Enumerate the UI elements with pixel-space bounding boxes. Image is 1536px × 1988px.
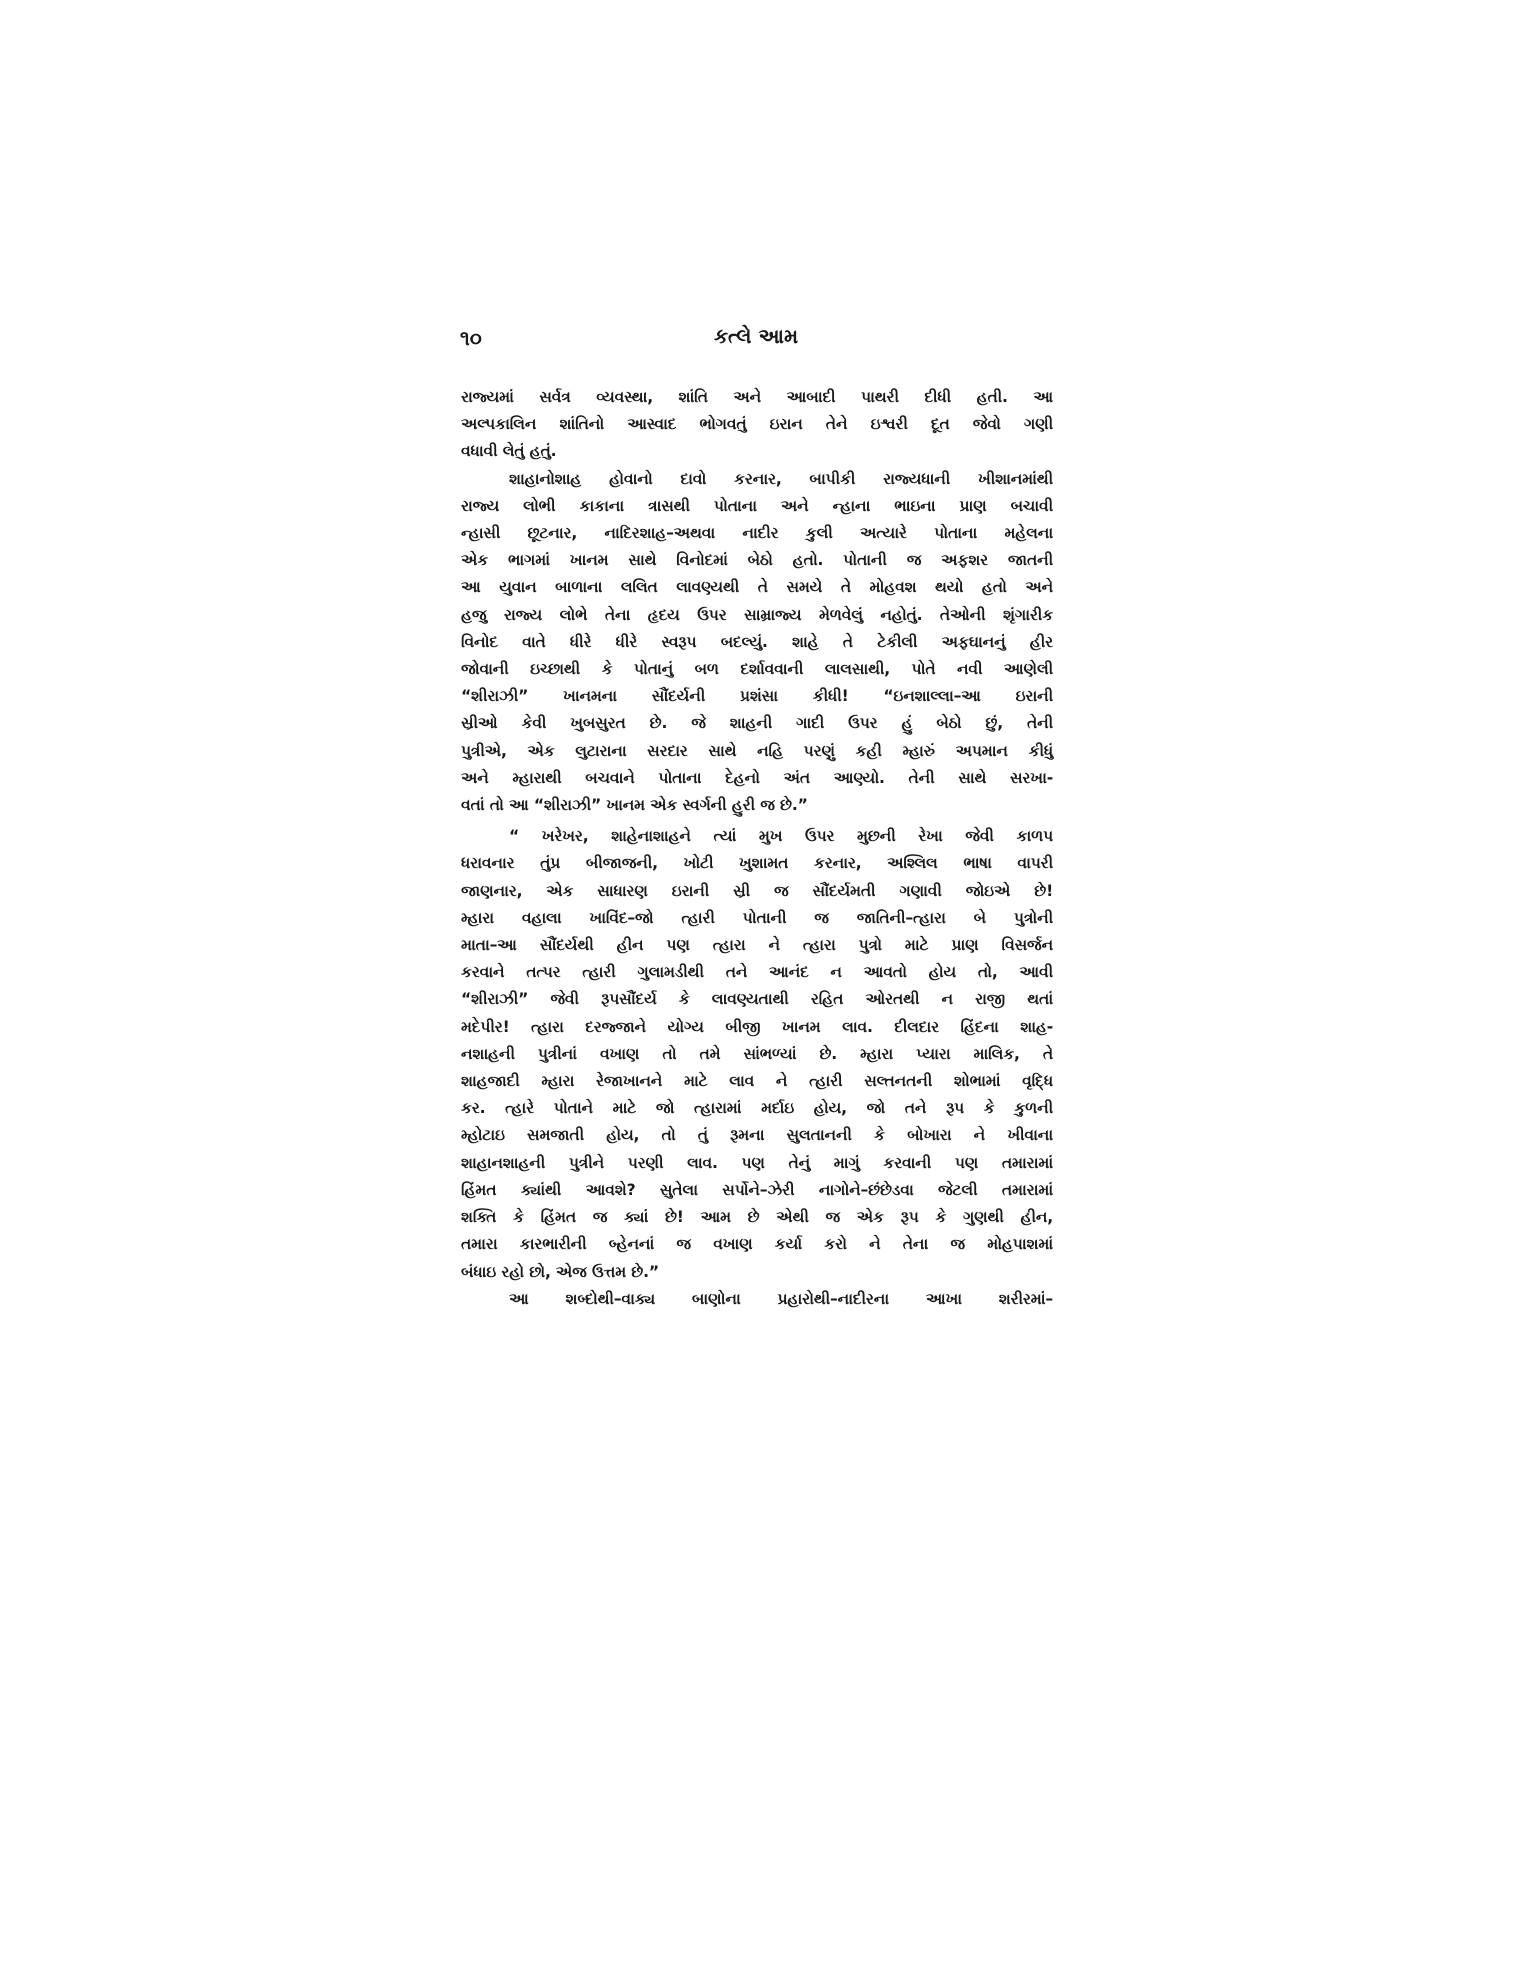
text-line: રાજ્યમાં સર્વત્ર વ્યવસ્થા, શાંતિ અને આબા… [461, 384, 1053, 411]
text-line: પુત્રીએ, એક લુટારાના સરદાર સાથે નહિ પરણુ… [461, 738, 1053, 765]
text-line: હજુ રાજ્ય લોભે તેના હૃદય ઉપર સામ્રાજ્ય મ… [461, 602, 1053, 629]
text-line: નશાહની પુત્રીનાં વખાણ તો તમે સાંભળ્યાં છ… [461, 1041, 1053, 1068]
text-line: શાહાનોશાહ હોવાનો દાવો કરનાર, બાપીકી રાજ્… [461, 466, 1053, 493]
text-line: વતાં તો આ “શીરાઝી” ખાનમ એક સ્વર્ગની હુરી… [461, 792, 1053, 819]
book-page: ૧૦ કત્લે આમ રાજ્યમાં સર્વત્ર વ્યવસ્થા, શ… [0, 0, 1536, 1988]
text-line: હિંમત ક્યાંથી આવશે? સુતેલા સર્પોને–ઝેરી … [461, 1177, 1053, 1204]
text-line: મદેપીર! ત્હારા દરજ્જાને યોગ્ય બીજી ખાનમ … [461, 1014, 1053, 1041]
text-line: બંધાઇ રહો છો, એજ ઉત્તમ છે.” [461, 1259, 1053, 1286]
text-line: જાણનાર, એક સાધારણ ઇરાની સ્રી જ સૌંદર્યમત… [461, 878, 1053, 905]
body-text: રાજ્યમાં સર્વત્ર વ્યવસ્થા, શાંતિ અને આબા… [461, 384, 1053, 1313]
text-line: આ શબ્દોથી–વાક્ય બાણોના પ્રહારોથી–નાદીરના… [461, 1286, 1053, 1313]
text-line: જોવાની ઇચ્છાથી કે પોતાનું બળ દર્શાવવાની … [461, 656, 1053, 683]
text-line: “ ખરેખર, શાહેનાશાહને ત્યાં મુખ ઉપર મુછની… [461, 823, 1053, 850]
text-line: અલ્પકાલિન શાંતિનો આસ્વાદ ભોગવતું ઇરાન તે… [461, 411, 1053, 438]
text-line: કરવાને તત્પર ત્હારી ગુલામડીથી તને આનંદ ન… [461, 959, 1053, 986]
text-line: વિનોદ વાતે ધીરે ધીરે સ્વરૂપ બદલ્યું. શાહ… [461, 629, 1053, 656]
text-line: કર. ત્હારે પોતાને માટે જો ત્હારામાં મર્દ… [461, 1095, 1053, 1122]
text-line: વધાવી લેતું હતું. [461, 438, 1053, 465]
text-line: તમારા કારભારીની બ્હેનનાં જ વખાણ કર્યા કર… [461, 1231, 1053, 1258]
paragraph-1: રાજ્યમાં સર્વત્ર વ્યવસ્થા, શાંતિ અને આબા… [461, 384, 1053, 466]
paragraph-2: શાહાનોશાહ હોવાનો દાવો કરનાર, બાપીકી રાજ્… [461, 466, 1053, 820]
text-line: શાહજાદી મ્હારા રેજાખાનને માટે લાવ ને ત્હ… [461, 1068, 1053, 1095]
text-line: માતા–આ સૌંદર્યથી હીન પણ ત્હારા ને ત્હારા… [461, 932, 1053, 959]
text-line: રાજ્ય લોભી કાકાના ત્રાસથી પોતાના અને ન્હ… [461, 493, 1053, 520]
text-line: ન્હાસી છૂટનાર, નાદિરશાહ–અથવા નાદીર કુલી … [461, 520, 1053, 547]
page-header: ૧૦ કત્લે આમ [460, 322, 1052, 358]
text-line: અને મ્હારાથી બચવાને પોતાના દેહનો અંત આણ્… [461, 765, 1053, 792]
text-line: મ્હોટાઇ સમજાતી હોય, તો તું રૂમના સુલતાનન… [461, 1122, 1053, 1149]
text-line: “શીરાઝી” જેવી રૂપસૌંદર્ય કે લાવણ્યતાથી ર… [461, 986, 1053, 1013]
text-line: એક ભાગમાં ખાનમ સાથે વિનોદમાં બેઠો હતો. પ… [461, 547, 1053, 574]
text-line: આ યુવાન બાળાના લલિત લાવણ્યથી તે સમયે તે … [461, 574, 1053, 601]
text-line: શાહાનશાહની પુત્રીને પરણી લાવ. પણ તેનું મ… [461, 1150, 1053, 1177]
text-line: “શીરાઝી” ખાનમના સૌંદર્યની પ્રશંસા કીધી! … [461, 683, 1053, 710]
text-line: મ્હારા વહાલા ખાવિંદ–જો ત્હારી પોતાની જ જ… [461, 905, 1053, 932]
paragraph-4: આ શબ્દોથી–વાક્ય બાણોના પ્રહારોથી–નાદીરના… [461, 1286, 1053, 1313]
text-line: શક્તિ કે હિંમત જ ક્યાં છે! આમ છે એથી જ એ… [461, 1204, 1053, 1231]
text-line: ધરાવનાર તુંપ્ર બીજાજની, ખોટી ખુશામત કરના… [461, 850, 1053, 877]
text-line: સ્રીઓ કેવી ખુબસુરત છે. જે શાહની ગાદી ઉપર… [461, 710, 1053, 737]
paragraph-3: “ ખરેખર, શાહેનાશાહને ત્યાં મુખ ઉપર મુછની… [461, 823, 1053, 1285]
running-title: કત્લે આમ [460, 324, 1052, 348]
